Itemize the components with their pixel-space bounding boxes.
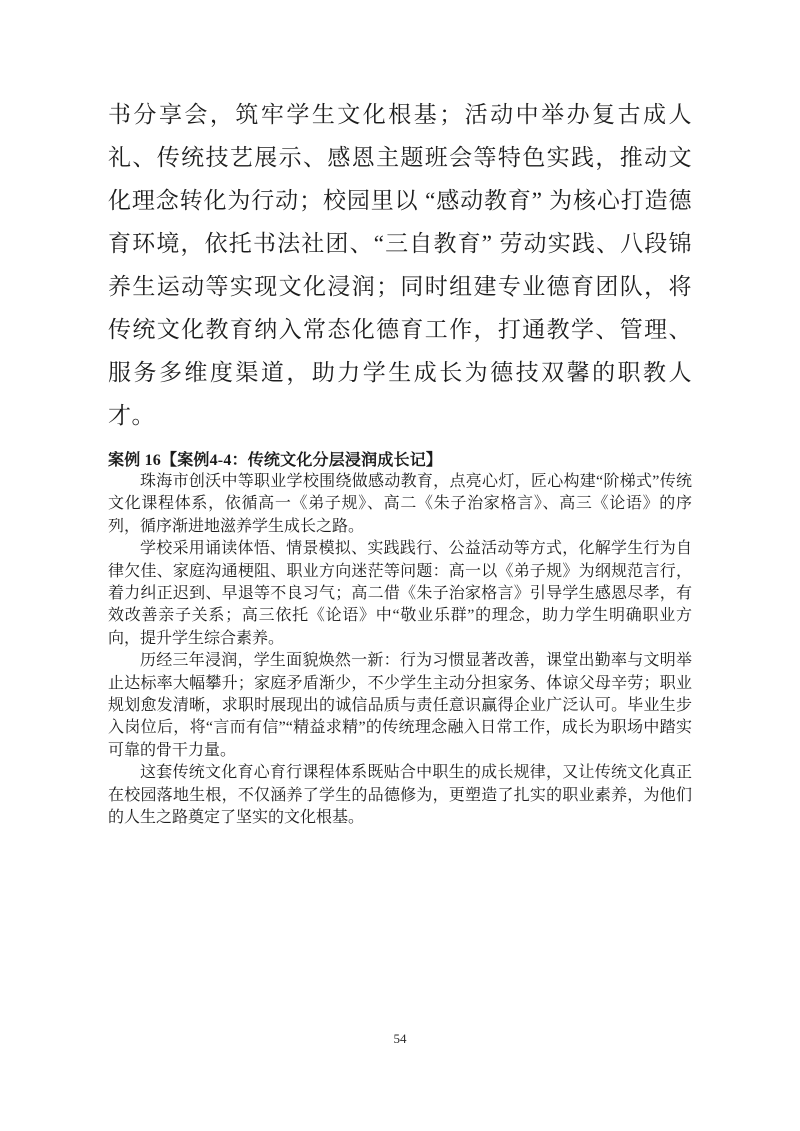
- page-number: 54: [0, 1031, 800, 1047]
- case-paragraph-2: 学校采用诵读体悟、情景模拟、实践践行、公益活动等方式，化解学生行为自律欠佳、家庭…: [108, 538, 692, 650]
- case-heading: 案例 16【案例4-4：传统文化分层浸润成长记】: [108, 450, 692, 471]
- case-paragraph-1: 珠海市创沃中等职业学校围绕做感动教育，点亮心灯，匠心构建“阶梯式”传统文化课程体…: [108, 471, 692, 538]
- document-page: 书分享会，筑牢学生文化根基；活动中举办复古成人礼、传统技艺展示、感恩主题班会等特…: [0, 0, 800, 1131]
- page-content: 书分享会，筑牢学生文化根基；活动中举办复古成人礼、传统技艺展示、感恩主题班会等特…: [108, 93, 692, 830]
- case-paragraph-3: 历经三年浸润，学生面貌焕然一新：行为习惯显著改善，课堂出勤率与文明举止达标率大幅…: [108, 650, 692, 762]
- case-paragraph-4: 这套传统文化育心育行课程体系既贴合中职生的成长规律，又让传统文化真正在校园落地生…: [108, 762, 692, 829]
- lead-paragraph: 书分享会，筑牢学生文化根基；活动中举办复古成人礼、传统技艺展示、感恩主题班会等特…: [108, 93, 692, 437]
